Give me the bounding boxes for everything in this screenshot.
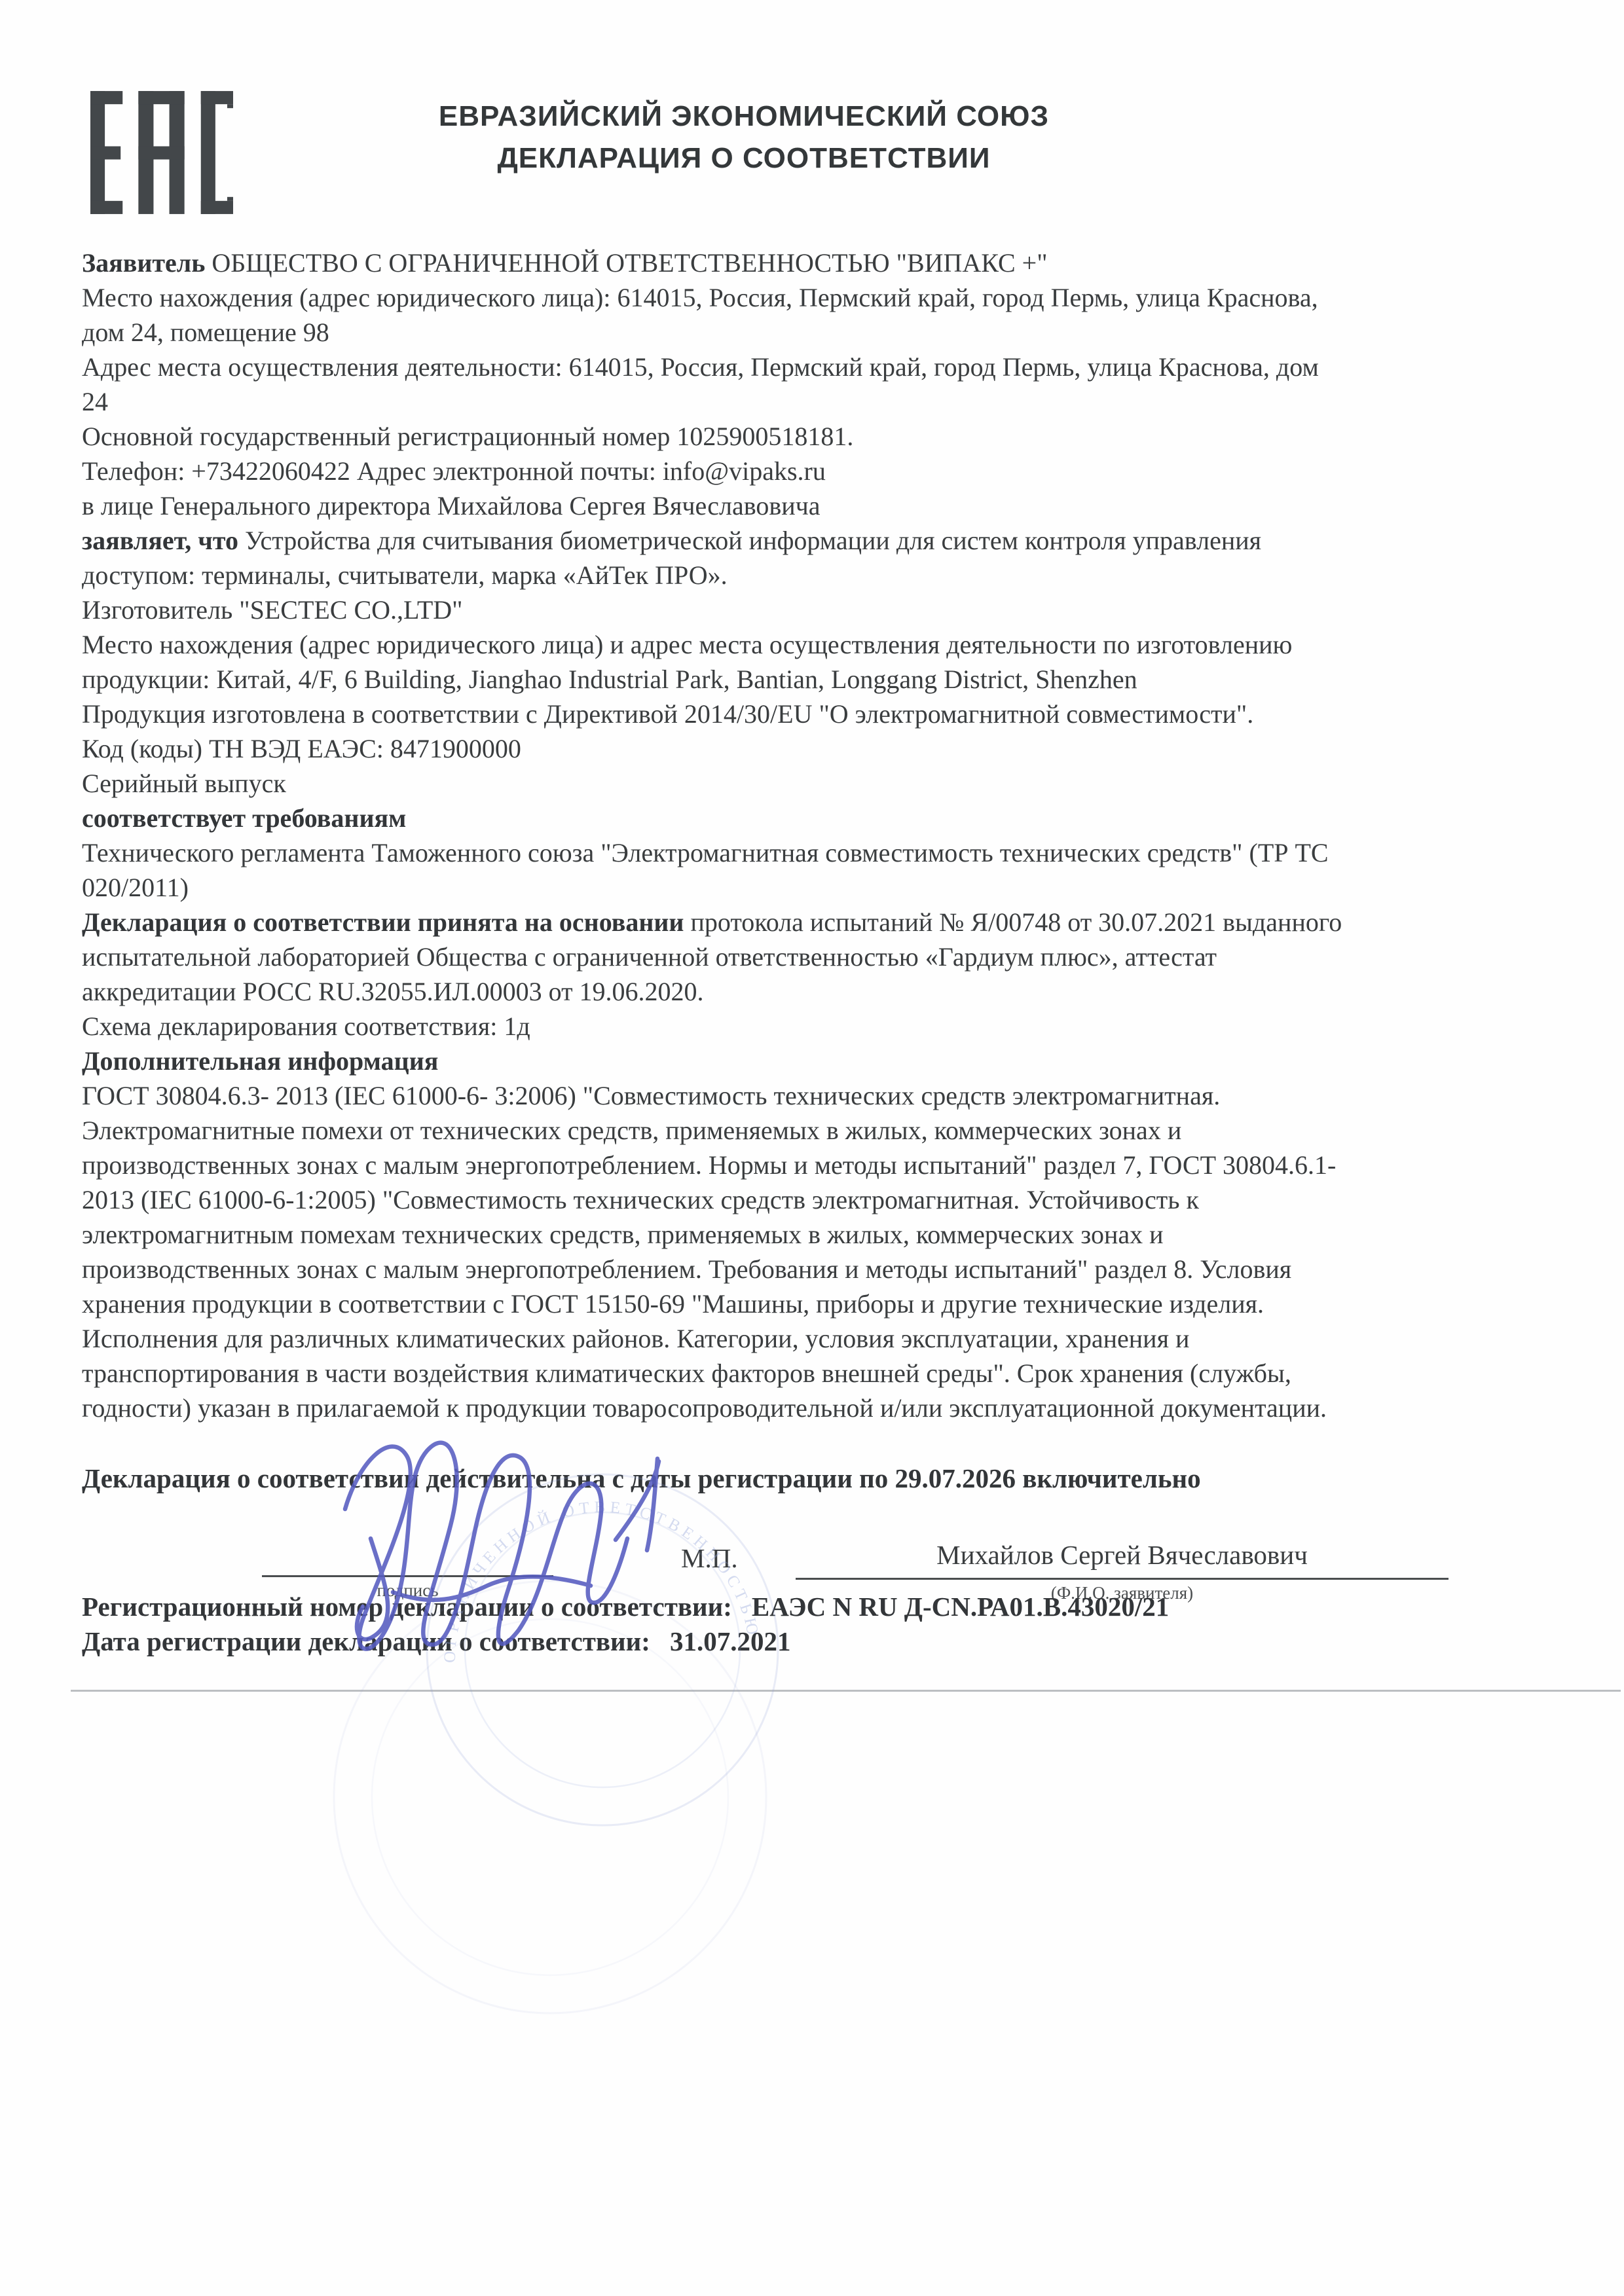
stamp-place-label: М.П. bbox=[681, 1542, 738, 1574]
body-text: ОБЩЕСТВО С ОГРАНИЧЕННОЙ ОТВЕТСТВЕННОСТЬЮ… bbox=[205, 248, 1047, 278]
form-bottom-divider bbox=[71, 1690, 1621, 1692]
body-line: в лице Генерального директора Михайлова … bbox=[82, 488, 1562, 523]
body-text: Устройства для считывания биометрической… bbox=[238, 526, 1261, 555]
body-text: Основной государственный регистрационный… bbox=[82, 422, 853, 451]
body-text: Изготовитель "SECTEC CO.,LTD" bbox=[82, 595, 462, 625]
body-text: аккредитации РОСС RU.32055.ИЛ.00003 от 1… bbox=[82, 977, 704, 1006]
body-line: Электромагнитные помехи от технических с… bbox=[82, 1113, 1562, 1148]
body-line: транспортирования в части воздействия кл… bbox=[82, 1356, 1562, 1391]
registration-date-value: 31.07.2021 bbox=[670, 1626, 791, 1656]
body-text-bold: Декларация о соответствии принята на осн… bbox=[82, 907, 684, 937]
body-text: 020/2011) bbox=[82, 873, 189, 902]
body-line: Технического регламента Таможенного союз… bbox=[82, 835, 1562, 870]
body-text: 2013 (IEC 61000-6-1:2005) "Совместимость… bbox=[82, 1185, 1199, 1214]
body-text: Серийный выпуск bbox=[82, 769, 286, 798]
body-text: Адрес места осуществления деятельности: … bbox=[82, 352, 1319, 382]
body-line: Декларация о соответствии принята на осн… bbox=[82, 905, 1562, 939]
body-text: 24 bbox=[82, 387, 108, 416]
body-text-bold: соответствует требованиям bbox=[82, 803, 406, 833]
body-text: дом 24, помещение 98 bbox=[82, 318, 329, 347]
body-line: Телефон: +73422060422 Адрес электронной … bbox=[82, 454, 1562, 488]
body-line: доступом: терминалы, считыватели, марка … bbox=[82, 558, 1562, 592]
body-line: 020/2011) bbox=[82, 870, 1562, 905]
body-line: аккредитации РОСС RU.32055.ИЛ.00003 от 1… bbox=[82, 974, 1562, 1009]
signature-underline bbox=[262, 1575, 553, 1577]
validity-statement: Декларация о соответствии действительна … bbox=[82, 1461, 1562, 1496]
body-text-bold: заявляет, что bbox=[82, 526, 238, 555]
registration-number-label: Регистрационный номер декларации о соотв… bbox=[82, 1592, 732, 1622]
body-line: 24 bbox=[82, 384, 1562, 419]
body-line: производственных зонах с малым энергопот… bbox=[82, 1148, 1562, 1182]
body-line: Код (коды) ТН ВЭД ЕАЭС: 8471900000 bbox=[82, 731, 1562, 766]
body-line: Схема декларирования соответствия: 1д bbox=[82, 1009, 1562, 1044]
body-line: производственных зонах с малым энергопот… bbox=[82, 1252, 1562, 1286]
body-text: в лице Генерального директора Михайлова … bbox=[82, 491, 820, 520]
body-line: ГОСТ 30804.6.3- 2013 (IEC 61000-6- 3:200… bbox=[82, 1078, 1562, 1113]
body-line: Адрес места осуществления деятельности: … bbox=[82, 350, 1562, 384]
body-text: Электромагнитные помехи от технических с… bbox=[82, 1116, 1181, 1145]
body-text: производственных зонах с малым энергопот… bbox=[82, 1254, 1291, 1284]
document-title: ЕВРАЗИЙСКИЙ ЭКОНОМИЧЕСКИЙ СОЮЗ ДЕКЛАРАЦИ… bbox=[0, 96, 1488, 179]
body-text-bold: Заявитель bbox=[82, 248, 205, 278]
body-text: годности) указан в прилагаемой к продукц… bbox=[82, 1393, 1327, 1423]
body-line: продукции: Китай, 4/F, 6 Building, Jiang… bbox=[82, 662, 1562, 697]
body-line: Основной государственный регистрационный… bbox=[82, 419, 1562, 454]
body-line: Место нахождения (адрес юридического лиц… bbox=[82, 280, 1562, 315]
body-line: годности) указан в прилагаемой к продукц… bbox=[82, 1391, 1562, 1425]
body-text: испытательной лабораторией Общества с ог… bbox=[82, 942, 1217, 972]
body-line: Продукция изготовлена в соответствии с Д… bbox=[82, 697, 1562, 731]
body-line: дом 24, помещение 98 bbox=[82, 315, 1562, 350]
declaration-document: ЕВРАЗИЙСКИЙ ЭКОНОМИЧЕСКИЙ СОЮЗ ДЕКЛАРАЦИ… bbox=[0, 0, 1624, 2296]
body-text: хранения продукции в соответствии с ГОСТ… bbox=[82, 1289, 1264, 1319]
body-text: доступом: терминалы, считыватели, марка … bbox=[82, 560, 728, 590]
body-text-bold: Дополнительная информация bbox=[82, 1046, 438, 1076]
body-line: заявляет, что Устройства для считывания … bbox=[82, 523, 1562, 558]
body-line: электромагнитным помехам технических сре… bbox=[82, 1217, 1562, 1252]
registration-number-value: ЕАЭС N RU Д-CN.РА01.В.43020/21 bbox=[752, 1592, 1169, 1622]
body-line: соответствует требованиям bbox=[82, 801, 1562, 835]
registration-date-line: Дата регистрации декларации о соответств… bbox=[82, 1626, 1562, 1657]
body-lines: Заявитель ОБЩЕСТВО С ОГРАНИЧЕННОЙ ОТВЕТС… bbox=[82, 246, 1562, 1425]
body-line: 2013 (IEC 61000-6-1:2005) "Совместимость… bbox=[82, 1182, 1562, 1217]
body-text: ГОСТ 30804.6.3- 2013 (IEC 61000-6- 3:200… bbox=[82, 1081, 1220, 1110]
body-line: Место нахождения (адрес юридического лиц… bbox=[82, 627, 1562, 662]
title-declaration-line: ДЕКЛАРАЦИЯ О СООТВЕТСТВИИ bbox=[0, 137, 1488, 179]
body-text: Место нахождения (адрес юридического лиц… bbox=[82, 630, 1292, 659]
applicant-name: Михайлов Сергей Вячеславович bbox=[796, 1539, 1449, 1571]
body-text: транспортирования в части воздействия кл… bbox=[82, 1358, 1291, 1388]
body-text: Исполнения для различных климатических р… bbox=[82, 1324, 1189, 1353]
body-line: Дополнительная информация bbox=[82, 1044, 1562, 1078]
body-line: Исполнения для различных климатических р… bbox=[82, 1321, 1562, 1356]
registration-date-label: Дата регистрации декларации о соответств… bbox=[82, 1626, 650, 1656]
body-line: Изготовитель "SECTEC CO.,LTD" bbox=[82, 592, 1562, 627]
body-text: Схема декларирования соответствия: 1д bbox=[82, 1011, 530, 1041]
applicant-name-underline bbox=[796, 1578, 1449, 1580]
body-line: хранения продукции в соответствии с ГОСТ… bbox=[82, 1286, 1562, 1321]
body-text: Продукция изготовлена в соответствии с Д… bbox=[82, 699, 1253, 729]
body-text: Код (коды) ТН ВЭД ЕАЭС: 8471900000 bbox=[82, 734, 521, 763]
body-line: Серийный выпуск bbox=[82, 766, 1562, 801]
body-text: Телефон: +73422060422 Адрес электронной … bbox=[82, 456, 826, 486]
registration-number-line: Регистрационный номер декларации о соотв… bbox=[82, 1591, 1562, 1622]
body-line: Заявитель ОБЩЕСТВО С ОГРАНИЧЕННОЙ ОТВЕТС… bbox=[82, 246, 1562, 280]
body-text: протокола испытаний № Я/00748 от 30.07.2… bbox=[684, 907, 1342, 937]
body-text: Технического регламента Таможенного союз… bbox=[82, 838, 1329, 867]
body-text: производственных зонах с малым энергопот… bbox=[82, 1150, 1336, 1180]
body-text: Место нахождения (адрес юридического лиц… bbox=[82, 283, 1318, 312]
body-text: продукции: Китай, 4/F, 6 Building, Jiang… bbox=[82, 665, 1137, 694]
body-line: испытательной лабораторией Общества с ог… bbox=[82, 939, 1562, 974]
title-union-line: ЕВРАЗИЙСКИЙ ЭКОНОМИЧЕСКИЙ СОЮЗ bbox=[0, 96, 1488, 137]
body-text: электромагнитным помехам технических сре… bbox=[82, 1220, 1164, 1249]
